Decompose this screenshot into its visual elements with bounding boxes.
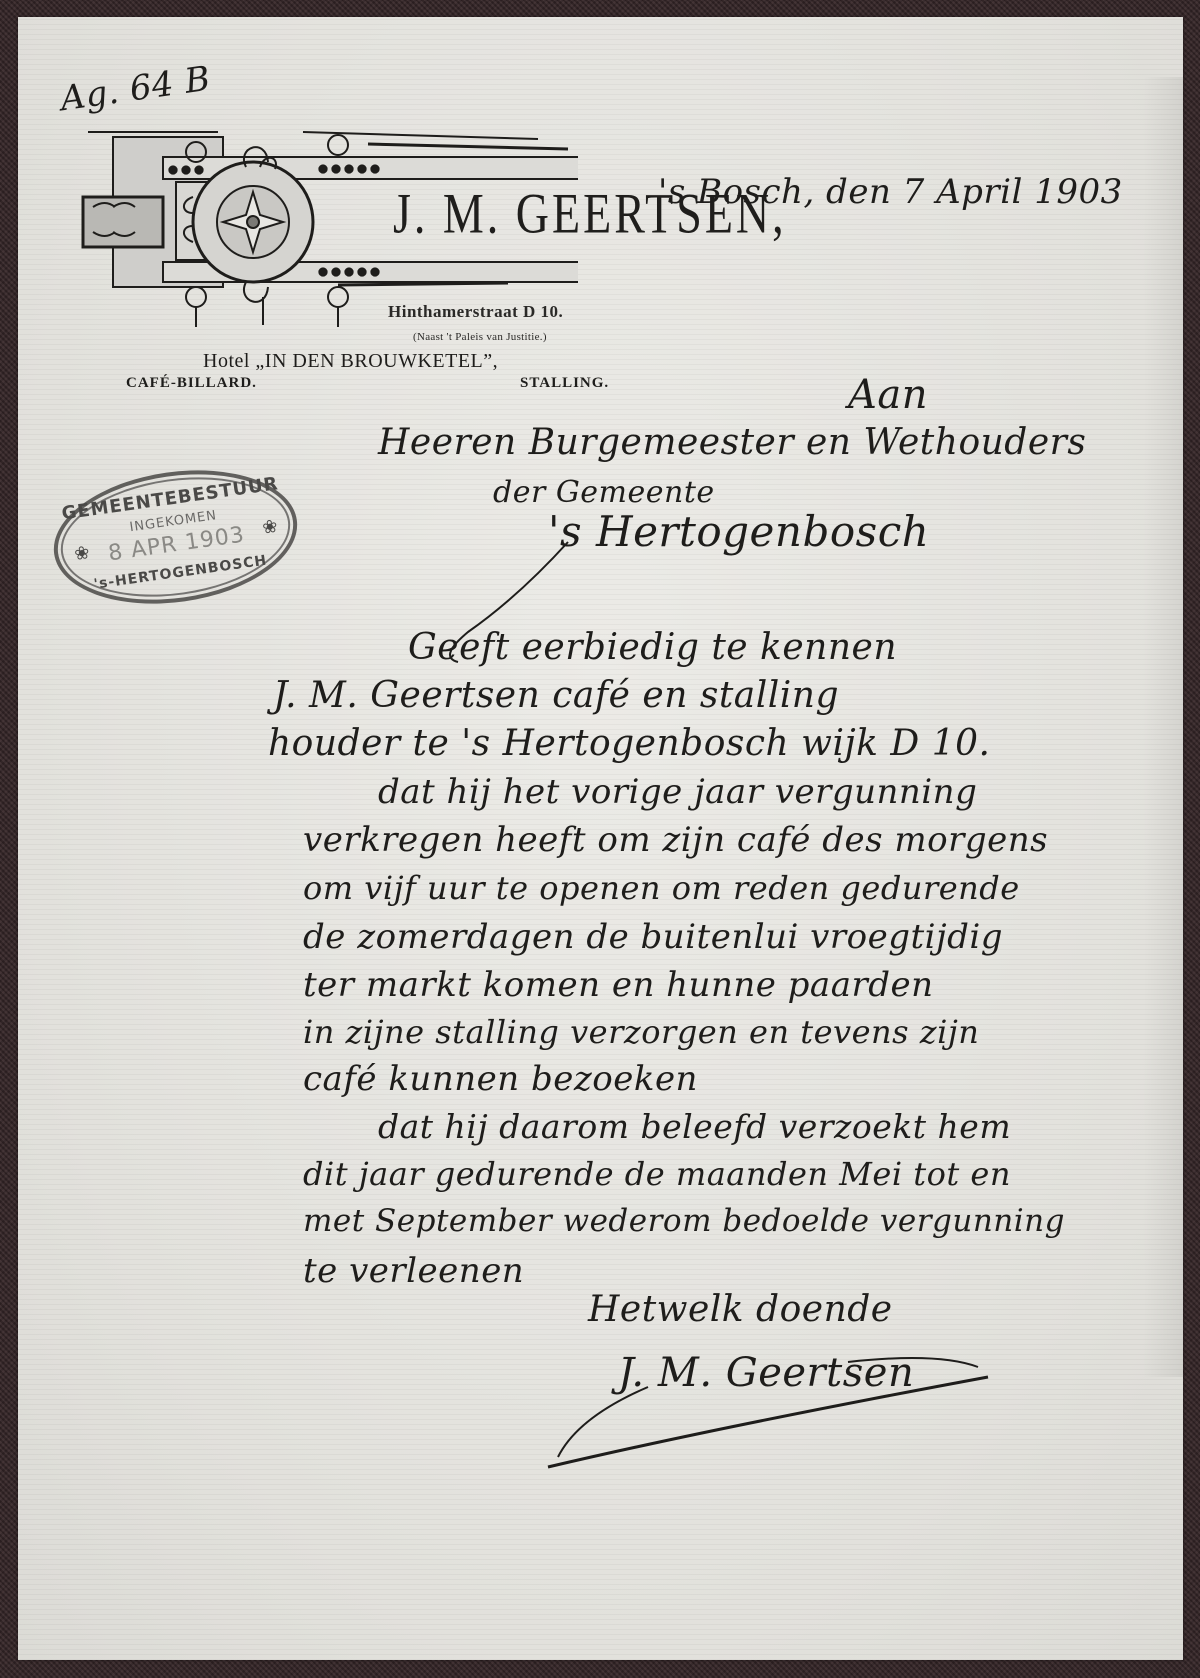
body-line: dit jaar gedurende de maanden Mei tot en	[303, 1155, 1011, 1193]
body-line: café kunnen bezoeken	[303, 1059, 698, 1099]
letter-paper: Ag. 64 B	[18, 17, 1183, 1660]
palmette-icon: ❀	[261, 516, 279, 539]
body-line: houder te 's Hertogenbosch wijk D 10.	[268, 723, 990, 764]
closing-phrase: Hetwelk doende	[588, 1289, 893, 1330]
body-line: J. M. Geertsen café en stalling	[273, 675, 839, 716]
body-line: verkregen heeft om zijn café des morgens	[303, 820, 1048, 860]
dateline: 's Bosch, den 7 April 1903	[658, 172, 1123, 212]
addressee-salutation: Aan	[848, 372, 928, 418]
received-stamp: GEMEENTEBESTUUR INGEKOMEN 8 APR 1903 's-…	[45, 456, 306, 619]
address-note: (Naast 't Paleis van Justitie.)	[413, 331, 547, 343]
body-line: de zomerdagen de buitenlui vroegtijdig	[303, 917, 1003, 957]
hotel-name: Hotel „IN DEN BROUWKETEL”,	[203, 350, 498, 373]
addressee-line-3: 's Hertogenbosch	[548, 507, 929, 556]
body-line: met September wederom bedoelde vergunnin…	[303, 1203, 1065, 1239]
body-line: dat hij het vorige jaar vergunning	[378, 772, 977, 812]
body-line: om vijf uur te openen om reden gedurende	[303, 869, 1020, 907]
paper-shading	[1143, 77, 1183, 1377]
body-line: ter markt komen en hunne paarden	[303, 965, 934, 1005]
service-cafe-billard: CAFÉ-BILLARD.	[126, 375, 257, 392]
addressee-line-1: Heeren Burgemeester en Wethouders	[378, 422, 1086, 463]
ornamental-swash-icon	[398, 537, 598, 667]
body-line: te verleenen	[303, 1251, 524, 1291]
body-line: dat hij daarom beleefd verzoekt hem	[378, 1107, 1011, 1146]
body-line: in zijne stalling verzorgen en tevens zi…	[303, 1013, 979, 1051]
palmette-icon: ❀	[73, 542, 91, 565]
addressee-line-2: der Gemeente	[493, 475, 715, 510]
signature-flourish-icon	[518, 1337, 1018, 1497]
service-stalling: STALLING.	[520, 375, 609, 392]
street-address: Hinthamerstraat D 10.	[388, 302, 563, 322]
